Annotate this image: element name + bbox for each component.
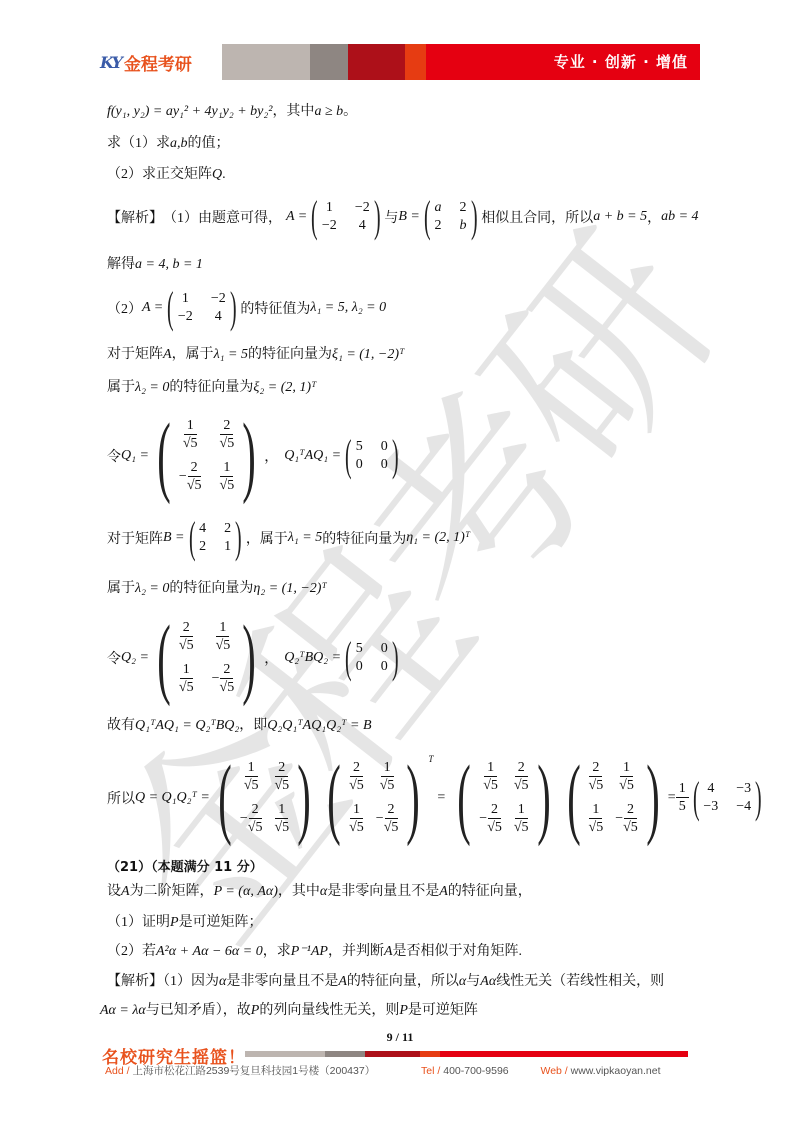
solution-label: 【解析】: [107, 207, 163, 227]
matrix-Q2: ( 2√5 1√5 1√5 −2√5 ): [149, 613, 264, 703]
text: 对于矩阵: [107, 347, 163, 362]
footer-bar-segment: [440, 1051, 688, 1057]
matrix-A: (1−2−24): [163, 286, 240, 330]
equation: λ₁ = 5, λ₂ = 0: [310, 300, 386, 316]
header-slogan: 专业 · 创新 · 增值: [554, 44, 688, 80]
header-bar-segment: [405, 44, 426, 80]
question-2: （2）求正交矩阵Q.: [107, 163, 226, 183]
hence-line: 故有Q₁ᵀAQ₁ = Q₂ᵀBQ₂，即Q₂Q₁ᵀAQ₁Q₂ᵀ = B: [107, 714, 372, 734]
cell: 1: [178, 291, 193, 307]
equation: λ₂ = 0: [135, 581, 169, 596]
text: ，: [264, 648, 278, 668]
equation: ab = 4: [661, 209, 698, 225]
tel-label: Tel /: [421, 1065, 440, 1077]
cell: 1√5: [179, 661, 194, 697]
text: 相似且合同，所以: [481, 207, 593, 227]
matrix-label: A =: [286, 209, 307, 225]
matrix-label: Q = Q₁Q₂ᵀ =: [135, 790, 210, 806]
problem-formula-line: f(y₁, y₂) = ay₁² + 4y₁y₂ + by₂²，其中a ≥ b。: [107, 100, 357, 120]
page-header: KY 金程考研 专业 · 创新 · 增值: [100, 44, 700, 80]
header-bar-segment: [222, 44, 310, 80]
equation: η₂ = (1, −2)ᵀ: [253, 581, 326, 596]
logo-name: 金程考研: [124, 50, 192, 75]
problem-21-q2: （2）若A²α + Aα − 6α = 0，求P⁻¹AP，并判断A是否相似于对角…: [107, 940, 522, 960]
text: ，即: [239, 718, 267, 733]
var: a,b: [170, 136, 188, 151]
final-Q: 所以 Q = Q₁Q₂ᵀ = ( 1√5 2√5 −2√5 1√5 ) ( 2√…: [107, 750, 766, 846]
eigenvalue-line: （2） A = (1−2−24) 的特征值为λ₁ = 5, λ₂ = 0: [107, 284, 386, 332]
footer-bar-segment: [365, 1051, 420, 1057]
text: 的值；: [188, 136, 230, 151]
header-bar-segment: [310, 44, 348, 80]
quadratic-form: f(y₁, y₂) = ay₁² + 4y₁y₂ + by₂²: [107, 104, 272, 119]
var: Q: [212, 167, 222, 182]
matrix-Q2: ( 2√5 1√5 1√5 −2√5 ): [319, 753, 428, 843]
Q2-definition: 令 Q₂ = ( 2√5 1√5 1√5 −2√5 ) ， Q₂ᵀBQ₂ = (…: [107, 610, 402, 706]
equation: λ₂ = 0: [135, 380, 169, 395]
footer-bar-segment: [325, 1051, 365, 1057]
text: 解得: [107, 257, 135, 272]
cell: −2√5: [179, 459, 202, 495]
text: ，属于: [246, 528, 288, 548]
text: 对于矩阵: [107, 528, 163, 548]
cell: −2: [322, 218, 337, 234]
cell: b: [460, 218, 467, 234]
cell: 1√5: [212, 619, 235, 655]
text: 故有: [107, 718, 135, 733]
matrix-label: B =: [163, 530, 185, 546]
web-label: Web /: [540, 1065, 567, 1077]
matrix-B-numeric: (4221): [185, 516, 246, 560]
text: （2）: [107, 298, 142, 318]
cell: 1: [322, 200, 337, 216]
cell: 2: [435, 218, 442, 234]
equation: ξ₁ = (1, −2)ᵀ: [332, 347, 405, 362]
matrix-Q2: ( 2√5 1√5 1√5 −2√5 ): [559, 753, 668, 843]
diag-matrix: (5000): [341, 636, 402, 680]
matrix-B: (a22b): [420, 195, 481, 239]
page-number: 9 / 11: [370, 1030, 430, 1045]
text: 令: [107, 446, 121, 466]
matrix-Q1: ( 1√5 2√5 −2√5 1√5 ): [210, 753, 319, 843]
text: 属于: [107, 380, 135, 395]
solution-part1: 【解析】（1）由题意可得， A = (1−2−24) 与 B = (a22b) …: [107, 193, 699, 241]
cell: −2: [178, 309, 193, 325]
equation: λ₁ = 5: [214, 347, 248, 362]
cell: 2√5: [220, 417, 235, 453]
text: 令: [107, 648, 121, 668]
header-bar-segment: [348, 44, 405, 80]
problem-21-statement: 设A为二阶矩阵，P = (α, Aα)，其中α是非零向量且不是A的特征向量，: [107, 880, 532, 900]
cell: a: [435, 200, 442, 216]
address-label: Add /: [105, 1065, 130, 1077]
cell: 2: [460, 200, 467, 216]
text: .: [222, 167, 226, 182]
text: 的特征向量为: [169, 380, 253, 395]
footer-contact: Add / 上海市松花江路2539号复旦科技园1号楼（200437） Tel /…: [105, 1063, 661, 1078]
text: 属于: [107, 581, 135, 596]
text: 所以: [107, 788, 135, 808]
web-link[interactable]: www.vipkaoyan.net: [571, 1065, 661, 1077]
text: 的特征向量为: [169, 581, 253, 596]
equation: η₁ = (2, 1)ᵀ: [406, 530, 470, 546]
text: =: [437, 790, 445, 806]
matrix-label: B =: [398, 209, 420, 225]
problem-21-q1: （1）证明P是可逆矩阵；: [107, 911, 263, 931]
text: ，属于: [172, 347, 214, 362]
text: 求（1）求: [107, 136, 170, 151]
footer-bar-segment: [245, 1051, 325, 1057]
result-matrix: (4−3−3−4): [689, 776, 766, 820]
eigenvector-A1: 对于矩阵A，属于λ₁ = 5的特征向量为ξ₁ = (1, −2)ᵀ: [107, 343, 404, 363]
problem-21-solution: 【解析】（1）因为α是非零向量且不是A的特征向量，所以α与Aα线性无关（若线性相…: [107, 970, 664, 990]
eigenvector-B2: 属于λ₂ = 0的特征向量为η₂ = (1, −2)ᵀ: [107, 577, 327, 597]
text: 。: [343, 104, 357, 119]
var: A: [163, 347, 172, 362]
matrix-label: Q₁ᵀAQ₁ =: [284, 448, 341, 464]
problem-21-title: （21）（本题满分 11 分）: [107, 856, 263, 875]
text: =: [668, 790, 676, 806]
equation: λ₁ = 5: [288, 530, 322, 546]
text: ，其中: [272, 104, 314, 119]
cell: 2√5: [179, 619, 194, 655]
cell: −2√5: [212, 661, 235, 697]
Q1-definition: 令 Q₁ = ( 1√5 2√5 −2√5 1√5 ) ， Q₁ᵀAQ₁ = (…: [107, 408, 402, 504]
cell: 1√5: [179, 417, 202, 453]
text: （1）由题意可得，: [163, 207, 282, 227]
equation: Q₂Q₁ᵀAQ₁Q₂ᵀ = B: [267, 718, 371, 733]
eigenvector-A2: 属于λ₂ = 0的特征向量为ξ₂ = (2, 1)ᵀ: [107, 376, 316, 396]
cell: 4: [211, 309, 226, 325]
equation: a = 4, b = 1: [135, 257, 203, 272]
question-1: 求（1）求a,b的值；: [107, 132, 230, 152]
eigenvector-B1: 对于矩阵 B = (4221) ，属于λ₁ = 5的特征向量为η₁ = (2, …: [107, 514, 470, 562]
address: 上海市松花江路2539号复旦科技园1号楼（200437）: [132, 1065, 375, 1077]
matrix-A: (1−2−24): [307, 195, 384, 239]
scalar-fraction: 15: [676, 780, 689, 816]
cell: −2: [211, 291, 226, 307]
logo: KY 金程考研: [100, 44, 222, 80]
matrix-label: A =: [142, 300, 163, 316]
problem-21-solution-cont: Aα = λα与已知矛盾），故P的列向量线性无关，则P是可逆矩阵: [100, 999, 478, 1019]
condition: a ≥ b: [314, 104, 343, 119]
text: ，: [264, 446, 278, 466]
matrix-label: Q₂ =: [121, 650, 149, 666]
equation: ξ₂ = (2, 1)ᵀ: [253, 380, 316, 395]
text: 与: [384, 207, 398, 227]
matrix-label: Q₂ᵀBQ₂ =: [284, 650, 341, 666]
matrix-Q1: ( 1√5 2√5 −2√5 1√5 ): [449, 753, 558, 843]
text: （2）求正交矩阵: [107, 167, 212, 182]
matrix-label: Q₁ =: [121, 448, 149, 464]
matrix-Q1: ( 1√5 2√5 −2√5 1√5 ): [149, 411, 264, 501]
solve-line: 解得a = 4, b = 1: [107, 253, 203, 273]
cell: 1√5: [220, 459, 235, 495]
text: ，: [647, 207, 661, 227]
text: 的特征值为: [240, 298, 310, 318]
text: 的特征向量为: [322, 528, 406, 548]
transpose-mark: T: [428, 754, 433, 764]
equation: Q₁ᵀAQ₁ = Q₂ᵀBQ₂: [135, 718, 239, 733]
tel: 400-700-9596: [443, 1065, 508, 1077]
logo-mark-icon: KY: [100, 53, 121, 72]
equation: a + b = 5: [593, 209, 647, 225]
cell: −2: [355, 200, 370, 216]
diag-matrix: (5000): [341, 434, 402, 478]
footer-bar-segment: [420, 1051, 440, 1057]
text: 的特征向量为: [248, 347, 332, 362]
cell: 4: [355, 218, 370, 234]
